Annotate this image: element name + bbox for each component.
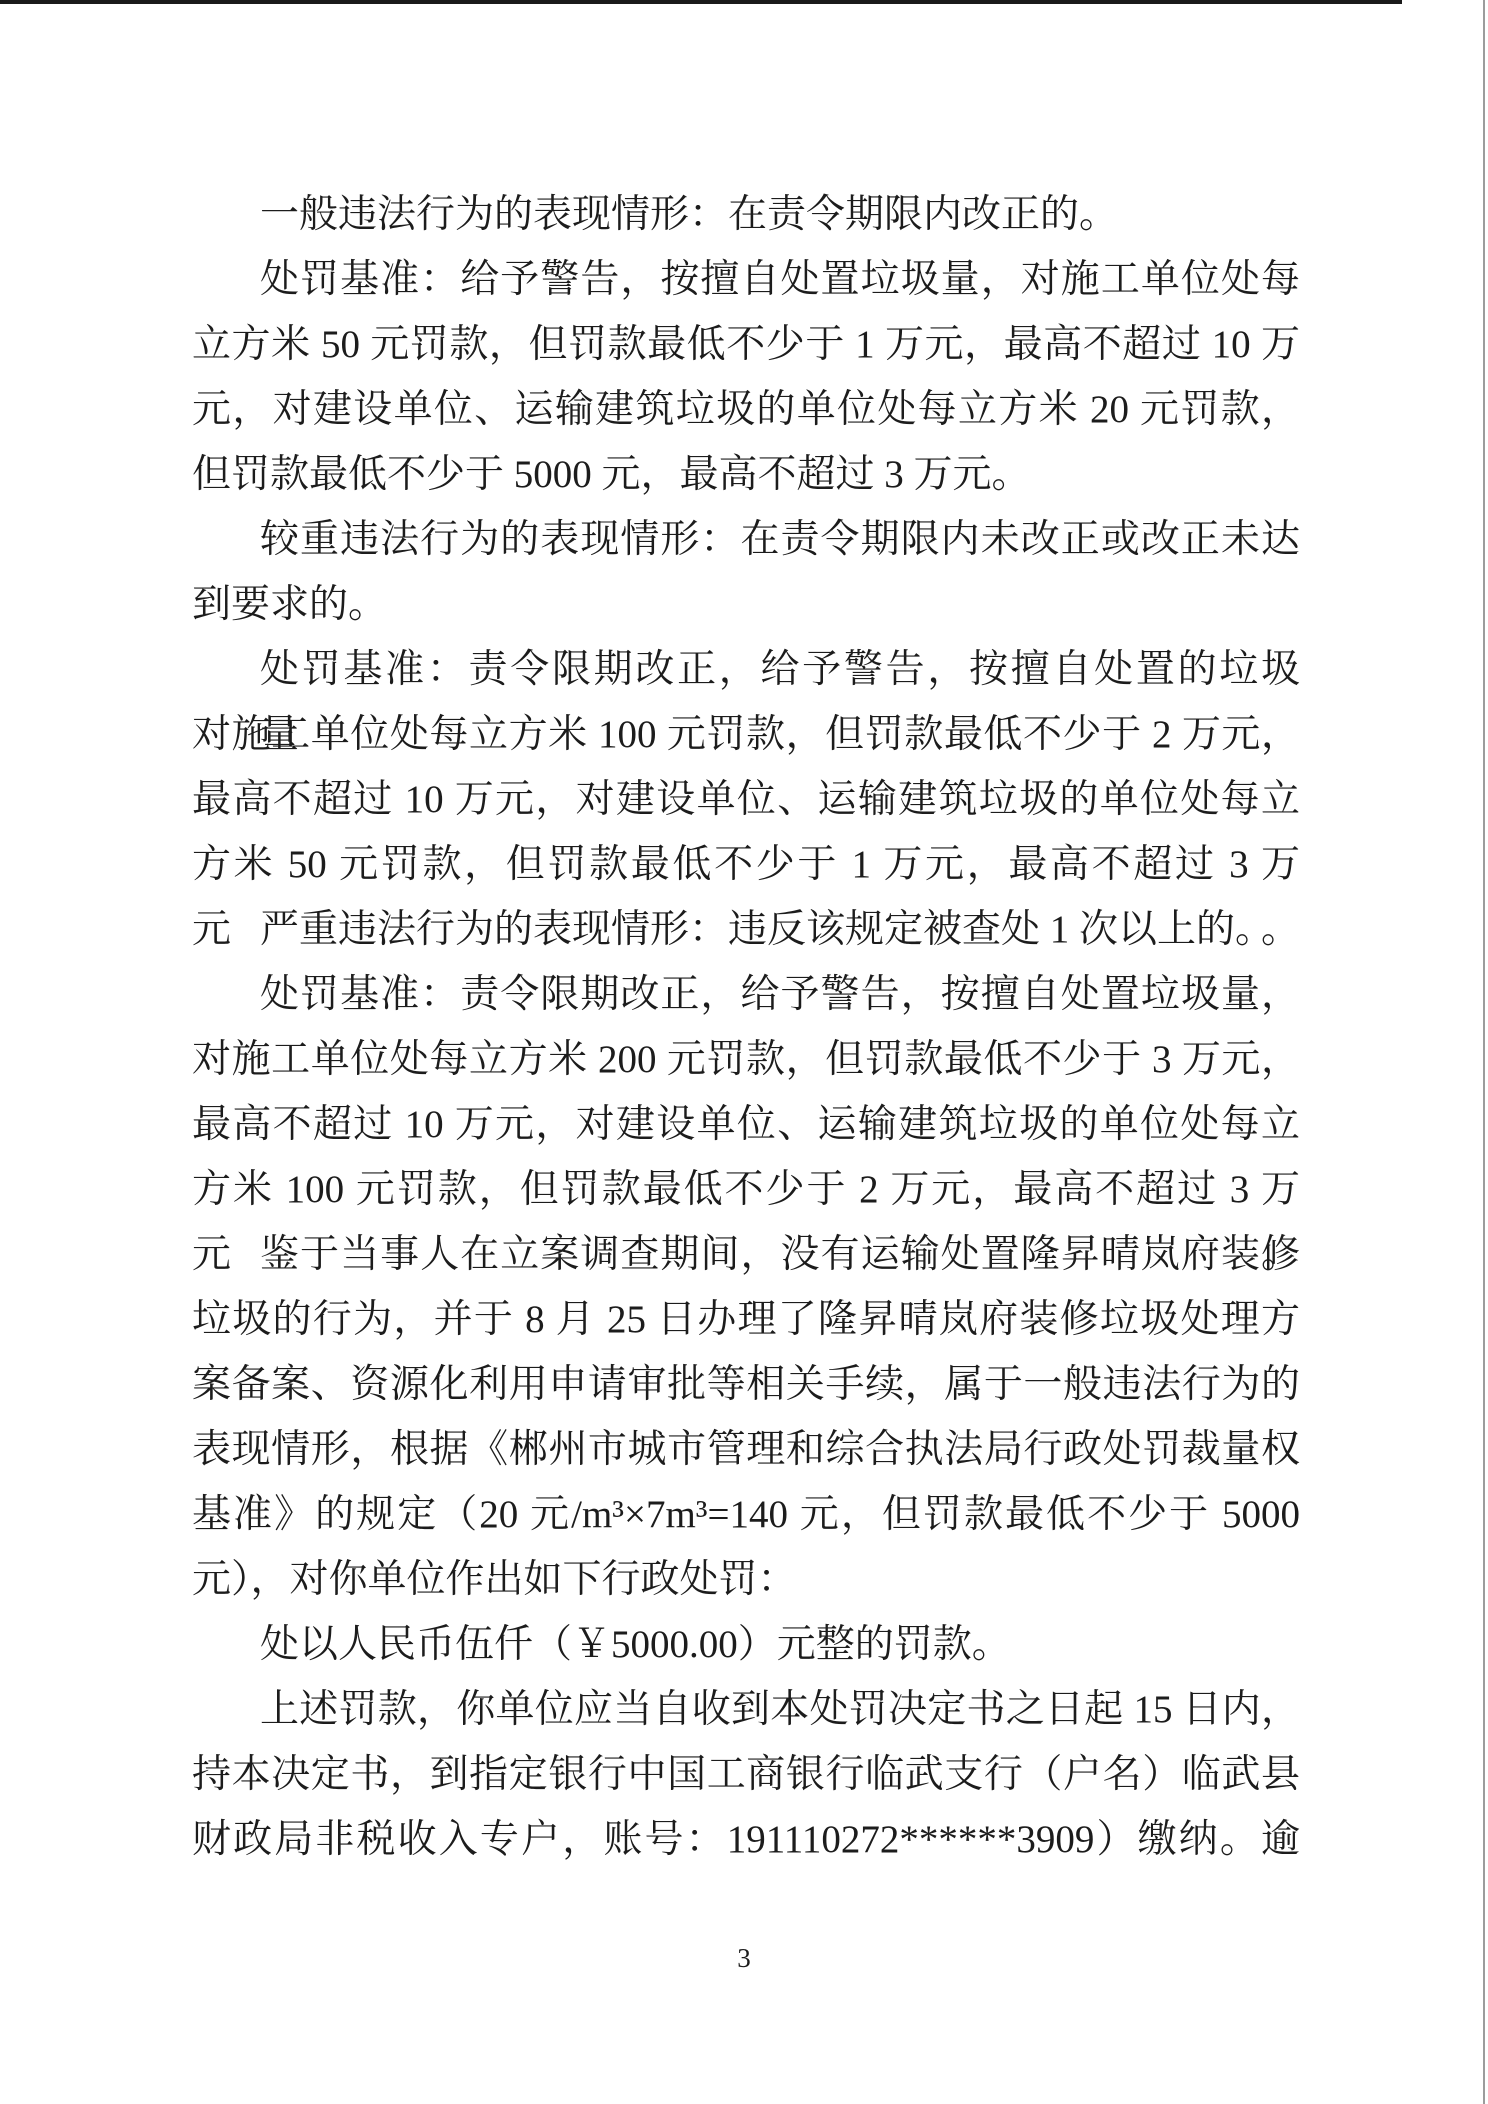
text-line: 对施工单位处每立方米 200 元罚款，但罚款最低不少于 3 万元， <box>192 1027 1300 1092</box>
text-line: 一般违法行为的表现情形：在责令期限内改正的。 <box>192 182 1300 247</box>
text-line: 但罚款最低不少于 5000 元，最高不超过 3 万元。 <box>192 442 1300 507</box>
page-top-edge-line <box>0 0 1402 4</box>
text-line: 元，对建设单位、运输建筑垃圾的单位处每立方米 20 元罚款， <box>192 377 1300 442</box>
text-line: 最高不超过 10 万元，对建设单位、运输建筑垃圾的单位处每立 <box>192 1092 1300 1157</box>
document-body: 一般违法行为的表现情形：在责令期限内改正的。处罚基准：给予警告，按擅自处置垃圾量… <box>192 182 1300 1872</box>
text-line: 处罚基准：给予警告，按擅自处置垃圾量，对施工单位处每 <box>192 247 1300 312</box>
page-right-edge-line <box>1483 0 1485 2104</box>
text-line: 基准》的规定（20 元/m³×7m³=140 元，但罚款最低不少于 5000 <box>192 1482 1300 1547</box>
text-line: 持本决定书，到指定银行中国工商银行临武支行（户名）临武县 <box>192 1742 1300 1807</box>
text-line: 对施工单位处每立方米 100 元罚款，但罚款最低不少于 2 万元， <box>192 702 1300 767</box>
text-line: 上述罚款，你单位应当自收到本处罚决定书之日起 15 日内， <box>192 1677 1300 1742</box>
text-line: 较重违法行为的表现情形：在责令期限内未改正或改正未达 <box>192 507 1300 572</box>
text-line: 垃圾的行为，并于 8 月 25 日办理了隆昇晴岚府装修垃圾处理方 <box>192 1287 1300 1352</box>
text-line: 财政局非税收入专户，账号：191110272******3909）缴纳。逾 <box>192 1807 1300 1872</box>
text-line: 方米 100 元罚款，但罚款最低不少于 2 万元，最高不超过 3 万元。 <box>192 1157 1300 1222</box>
text-line: 表现情形，根据《郴州市城市管理和综合执法局行政处罚裁量权 <box>192 1417 1300 1482</box>
text-line: 案备案、资源化利用申请审批等相关手续，属于一般违法行为的 <box>192 1352 1300 1417</box>
text-line: 鉴于当事人在立案调查期间，没有运输处置隆昇晴岚府装修 <box>192 1222 1300 1287</box>
page-number: 3 <box>0 1942 1488 1974</box>
text-line: 严重违法行为的表现情形：违反该规定被查处 1 次以上的。 <box>192 897 1300 962</box>
text-line: 处以人民币伍仟（￥5000.00）元整的罚款。 <box>192 1612 1300 1677</box>
text-line: 最高不超过 10 万元，对建设单位、运输建筑垃圾的单位处每立 <box>192 767 1300 832</box>
text-line: 元），对你单位作出如下行政处罚： <box>192 1547 1300 1612</box>
text-line: 处罚基准：责令限期改正，给予警告，按擅自处置垃圾量， <box>192 962 1300 1027</box>
document-page: 一般违法行为的表现情形：在责令期限内改正的。处罚基准：给予警告，按擅自处置垃圾量… <box>0 0 1488 2104</box>
text-line: 到要求的。 <box>192 572 1300 637</box>
text-line: 处罚基准：责令限期改正，给予警告，按擅自处置的垃圾量， <box>192 637 1300 702</box>
text-line: 立方米 50 元罚款，但罚款最低不少于 1 万元，最高不超过 10 万 <box>192 312 1300 377</box>
text-line: 方米 50 元罚款，但罚款最低不少于 1 万元，最高不超过 3 万元。 <box>192 832 1300 897</box>
